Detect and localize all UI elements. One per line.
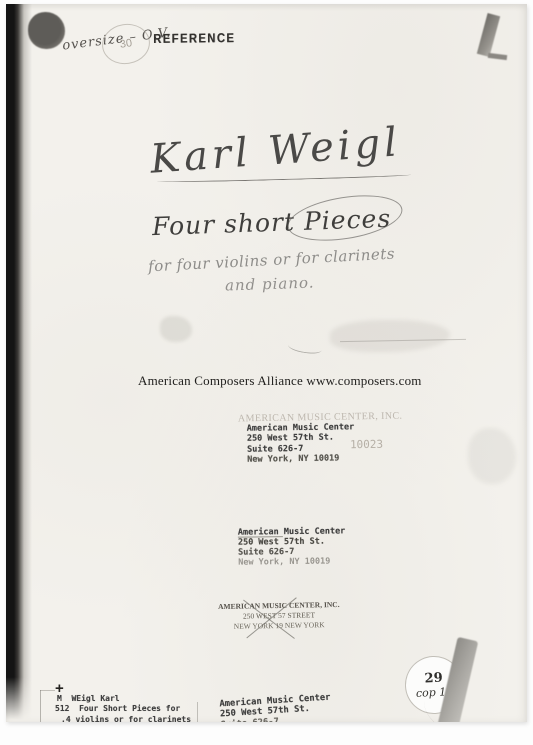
- circled-number-value: 30: [119, 37, 133, 51]
- catalog-card-left-edge: [40, 690, 41, 722]
- scan-edge-shadow: [6, 4, 32, 720]
- amc-address-stamp-2: American Music Center 250 West 57th St. …: [238, 526, 346, 567]
- faint-right-smudge: [468, 428, 516, 484]
- scanned-page: oversize – O.V. 30 REFERENCE Karl Weigl …: [6, 4, 527, 722]
- erased-smudge-small: [160, 316, 192, 342]
- amc-ghost-zip: 10023: [350, 438, 383, 452]
- catalog-card-top-edge: [40, 690, 55, 691]
- instrumentation-line-2: and piano.: [225, 273, 315, 294]
- stamp2-line-1: American Music Center: [238, 526, 346, 537]
- erased-smudge-large: [330, 320, 450, 352]
- hole-punch-mark: [28, 12, 65, 49]
- title-flourish-ellipse: [284, 188, 405, 248]
- corner-pencil-mark: [474, 12, 514, 72]
- catalog-line-2: 512 Four Short Pieces for: [55, 704, 180, 713]
- instrumentation-line-1: for four violins or for clarinets: [148, 245, 396, 276]
- catalog-card-right-edge: [197, 702, 198, 722]
- faint-squiggle: [287, 339, 322, 355]
- scan-background: oversize – O.V. 30 REFERENCE Karl Weigl …: [0, 0, 533, 745]
- reference-stamp: REFERENCE: [153, 32, 235, 47]
- stamp1-line-4: New York, NY 10019: [247, 453, 355, 465]
- stamp2-line-4: New York, NY 10019: [238, 556, 346, 567]
- alliance-watermark: American Composers Alliance www.composer…: [138, 373, 422, 389]
- corner-pencil-foot: [488, 53, 507, 60]
- corner-pencil-stroke: [477, 13, 500, 57]
- amc-rubber-stamp-crossed: AMERICAN MUSIC CENTER, INC. 250 WEST 57 …: [216, 600, 343, 632]
- composer-signature: Karl Weigl: [149, 119, 403, 182]
- amc-address-stamp-4: American Music Center 250 West 57th St. …: [219, 693, 332, 722]
- amc-address-stamp-1: American Music Center 250 West 57th St. …: [247, 422, 355, 465]
- catalog-line-3: ,4 violins or for clarinets: [61, 715, 191, 722]
- catalog-line-1: M WEigl Karl: [57, 694, 120, 703]
